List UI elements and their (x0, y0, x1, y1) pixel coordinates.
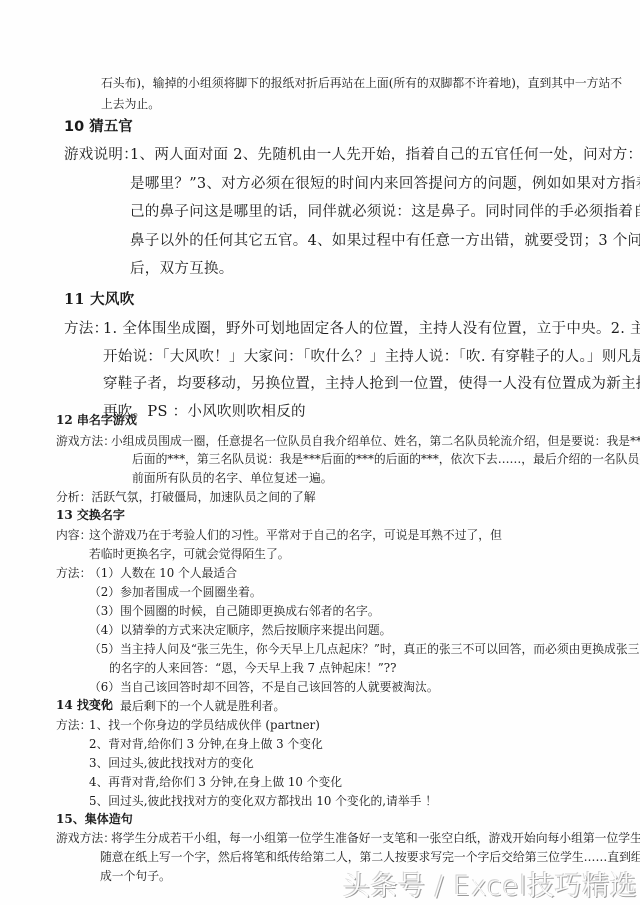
step-line: （6）当自己该回答时却不回答，不是自己该回答的人就要被淘汰。 (89, 678, 439, 695)
step-line: （7）最后剩下的一个人就是胜利者。 (89, 697, 285, 714)
section-title: 15、集体造句 (56, 810, 133, 827)
step-line: 5、回过头,彼此找找对方的变化双方都找出 10 个变化的,请举手 ！ (89, 792, 437, 809)
step-line: （3）围个圆圈的时候，自己随即更换成右邻者的名字。 (89, 602, 380, 619)
body-line: 1. 全体围坐成圈，野外可划地固定各人的位置，主持人没有位置，立于中央。2. 主… (103, 317, 640, 338)
section-title: 13 交换名字 (56, 506, 125, 523)
section-label: 方法： (56, 564, 91, 581)
body-line: 若临时更换名字，可就会觉得陌生了。 (89, 545, 290, 562)
section-label: 游戏说明： (64, 143, 138, 164)
body-line: 是哪里？”3、对方必须在很短的时间内来回答提问方的问题，例如如果对方指着自 (130, 172, 640, 193)
section-title: 11 大风吹 (64, 288, 135, 309)
step-line: （2）参加者围成一个圆圈坐着。 (89, 583, 262, 600)
step-line: （5）当主持人问及“张三先生，你今天早上几点起床？”时，真正的张三不可以回答，而… (89, 640, 639, 657)
body-line: 将学生分成若干小组，每一小组第一位学生准备好一支笔和一张空白纸，游戏开始向每小组… (111, 829, 640, 846)
body-line: 己的鼻子问这是哪里的话，同伴就必须说：这是鼻子。同时同伴的手必须指着自己 (130, 200, 640, 221)
section-title: 10 猜五官 (64, 115, 133, 136)
step-line: （1）人数在 10 个人最适合 (89, 564, 237, 581)
body-line: 穿鞋子者，均要移动，另换位置，主持人抢到一位置，使得一人没有位置成为新主持人， (103, 372, 640, 393)
content-label: 内容： (56, 526, 91, 543)
analysis-line: 分析：活跃气氛，打破僵局，加速队员之间的了解 (56, 488, 316, 505)
section-label: 游戏方法： (56, 829, 115, 846)
step-line: 4、再背对背,给你们 3 分钟,在身上做 10 个变化 (89, 773, 342, 790)
body-line: 1、两人面对面 2、先随机由一人先开始，指着自己的五官任何一处，问对方：“这 (130, 143, 640, 164)
section-title: 12 串名字游戏 (56, 411, 137, 428)
intro-line: 石头布)，输掉的小组须将脚下的报纸对折后再站在上面(所有的双脚都不许着地)，直到… (101, 74, 622, 91)
body-line: 成一个句子。 (100, 867, 171, 884)
step-line: 3、回过头,彼此找找对方的变化 (89, 754, 254, 771)
body-line: 前面所有队员的名字、单位复述一遍。 (132, 469, 333, 486)
section-label: 方法： (64, 317, 108, 338)
body-line: 后，双方互换。 (130, 257, 234, 278)
section-label: 方法： (56, 716, 91, 733)
body-line: 小组成员围成一圈，任意提名一位队员自我介绍单位、姓名，第二名队员轮流介绍，但是要… (111, 432, 640, 449)
step-line: 的名字的人来回答：“恩，今天早上我 7 点钟起床！”?? (109, 659, 396, 676)
step-line: 2、背对背,给你们 3 分钟,在身上做 3 个变化 (89, 735, 323, 752)
body-line: 鼻子以外的任何其它五官。4、如果过程中有任意一方出错，就要受罚；3 个问题之 (130, 229, 640, 250)
body-line: 开始说：「大风吹！」大家问：「吹什么？」主持人说：「吹. 有穿鞋子的人。」则凡是 (103, 345, 640, 366)
step-line: 1、找一个你身边的学员结成伙伴 (partner) (89, 716, 320, 733)
body-line: 随意在纸上写一个字，然后将笔和纸传给第二人，第二人按要求写完一个字后交给第三位学… (100, 848, 640, 865)
section-title: 14 找变化 (56, 696, 113, 713)
watermark: 头条号 / Excel技巧精选 (343, 864, 637, 903)
intro-line: 上去为止。 (101, 95, 160, 112)
section-label: 游戏方法： (56, 432, 115, 449)
body-line: 后面的***，第三名队员说：我是***后面的***的后面的***，依次下去……，… (132, 450, 640, 467)
step-line: （4）以猜拳的方式来决定顺序，然后按顺序来提出问题。 (89, 621, 391, 638)
body-line: 这个游戏乃在于考验人们的习性。平常对于自己的名字，可说是耳熟不过了，但 (89, 526, 502, 543)
